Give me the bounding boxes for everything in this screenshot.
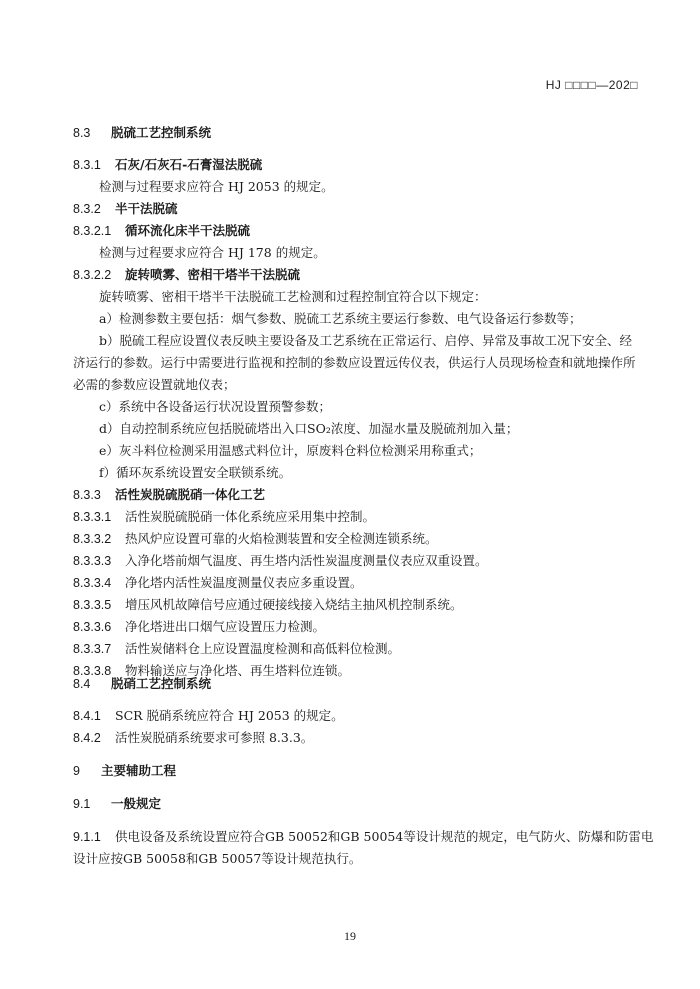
list-item-c: c）系统中各设备运行状况设置预警参数； xyxy=(99,399,331,415)
clause-8-3-3-4: 8.3.3.4净化塔内活性炭温度测量仪表应多重设置。 xyxy=(73,575,363,591)
clause-8-4-1: 8.4.1SCR 脱硝系统应符合 HJ 2053 的规定。 xyxy=(73,708,344,724)
clause-8-3-3-5: 8.3.3.5增压风机故障信号应通过硬接线接入烧结主抽风机控制系统。 xyxy=(73,597,463,613)
para-8-3-1: 检测与过程要求应符合 HJ 2053 的规定。 xyxy=(99,179,334,195)
heading-8-3-2: 8.3.2半干法脱硫 xyxy=(73,201,178,217)
clause-8-3-3-7: 8.3.3.7活性炭储料仓上应设置温度检测和高低料位检测。 xyxy=(73,641,400,657)
heading-8-3: 8.3脱硫工艺控制系统 xyxy=(73,125,211,141)
heading-9-1: 9.1一般规定 xyxy=(73,796,161,812)
doc-code-header: HJ □□□□—202□ xyxy=(546,78,638,92)
clause-8-4-2: 8.4.2活性炭脱硝系统要求可参照 8.3.3。 xyxy=(73,730,313,746)
list-item-e: e）灰斗料位检测采用温感式料位计，原废料仓料位检测采用称重式； xyxy=(99,443,481,459)
heading-8-3-2-2: 8.3.2.2旋转喷雾、密相干塔半干法脱硫 xyxy=(73,267,300,283)
heading-9: 9主要辅助工程 xyxy=(73,763,176,779)
heading-8-4: 8.4脱硝工艺控制系统 xyxy=(73,676,211,692)
list-item-b-cont2: 必需的参数应设置就地仪表； xyxy=(73,377,236,393)
heading-8-3-3: 8.3.3活性炭脱硫脱硝一体化工艺 xyxy=(73,487,265,503)
para-8-3-2-1: 检测与过程要求应符合 HJ 178 的规定。 xyxy=(99,245,326,261)
clause-8-3-3-3: 8.3.3.3入净化塔前烟气温度、再生塔内活性炭温度测量仪表应双重设置。 xyxy=(73,553,488,569)
list-item-b: b）脱硫工程应设置仪表反映主要设备及工艺系统在正常运行、启停、异常及事故工况下安… xyxy=(99,333,632,349)
para-8-3-2-2-intro: 旋转喷雾、密相干塔半干法脱硫工艺检测和过程控制宜符合以下规定： xyxy=(99,289,487,305)
list-item-b-cont1: 济运行的参数。运行中需要进行监视和控制的参数应设置远传仪表，供运行人员现场检查和… xyxy=(73,355,636,371)
document-page: HJ □□□□—202□ 8.3脱硫工艺控制系统 8.3.1石灰/石灰石-石膏湿… xyxy=(0,0,700,989)
clause-9-1-1-cont: 设计应按GB 50058和GB 50057等设计规范执行。 xyxy=(73,851,361,867)
heading-8-3-1: 8.3.1石灰/石灰石-石膏湿法脱硫 xyxy=(73,157,262,173)
page-number: 19 xyxy=(0,929,700,944)
list-item-f: f）循环灰系统设置安全联锁系统。 xyxy=(99,465,291,481)
list-item-d: d）自动控制系统应包括脱硫塔出入口SO₂浓度、加湿水量及脱硫剂加入量； xyxy=(99,421,518,437)
clause-8-3-3-1: 8.3.3.1活性炭脱硫脱硝一体化系统应采用集中控制。 xyxy=(73,509,375,525)
clause-9-1-1: 9.1.1供电设备及系统设置应符合GB 50052和GB 50054等设计规范的… xyxy=(73,829,653,845)
clause-8-3-3-6: 8.3.3.6净化塔进出口烟气应设置压力检测。 xyxy=(73,619,325,635)
list-item-a: a）检测参数主要包括：烟气参数、脱硫工艺系统主要运行参数、电气设备运行参数等； xyxy=(99,311,581,327)
heading-8-3-2-1: 8.3.2.1循环流化床半干法脱硫 xyxy=(73,223,250,239)
clause-8-3-3-2: 8.3.3.2热风炉应设置可靠的火焰检测装置和安全检测连锁系统。 xyxy=(73,531,438,547)
